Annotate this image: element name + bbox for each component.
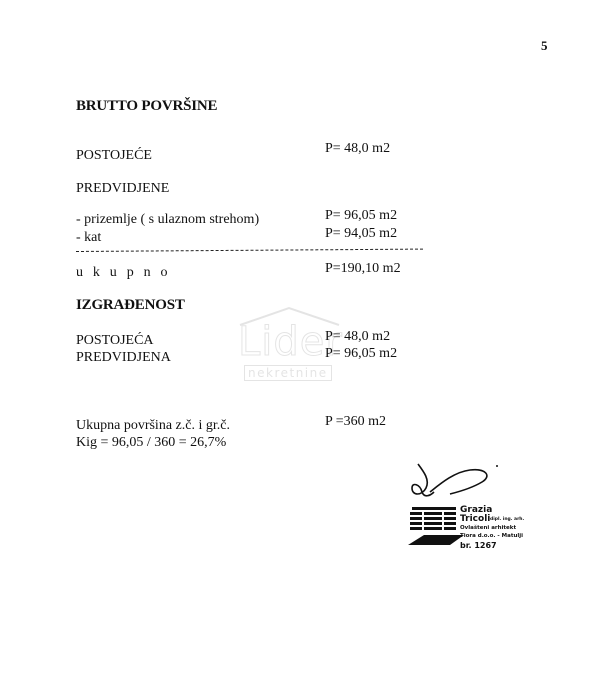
- postojece-label: POSTOJEĆE: [76, 148, 152, 164]
- stamp-role: Ovlašteni arhitekt: [460, 525, 516, 531]
- page-number: 5: [541, 38, 548, 54]
- kat-label: - kat: [76, 230, 101, 246]
- brutto-heading: BRUTTO POVRŠINE: [76, 98, 217, 115]
- prizemlje-label: - prizemlje ( s ulaznom strehom): [76, 212, 259, 228]
- kat-value: P= 94,05 m2: [325, 226, 397, 242]
- stamp-title: dipl. ing. arh.: [490, 517, 524, 522]
- prizemlje-value: P= 96,05 m2: [325, 208, 397, 224]
- sum-divider: [76, 249, 423, 252]
- predvidjena-label: PREDVIDJENA: [76, 350, 171, 366]
- total-area-value: P =360 m2: [325, 414, 386, 430]
- ukupno-label: u k u p n o: [76, 265, 171, 281]
- ukupno-value: P=190,10 m2: [325, 261, 401, 277]
- postojeca-label: POSTOJEĆA: [76, 333, 154, 349]
- stamp-name-line2: Tricoli: [460, 514, 490, 524]
- architect-stamp-logo-icon: [408, 505, 466, 549]
- postojeca-value: P= 48,0 m2: [325, 329, 390, 345]
- watermark-sub: nekretnine: [244, 365, 332, 381]
- predvidjene-label: PREDVIDJENE: [76, 181, 169, 197]
- total-area-label: Ukupna površina z.č. i gr.č.: [76, 418, 230, 434]
- signature-icon: [400, 458, 520, 508]
- postojece-value: P= 48,0 m2: [325, 141, 390, 157]
- kig-formula: Kig = 96,05 / 360 = 26,7%: [76, 435, 226, 451]
- stamp-company: Tiora d.o.o. - Matulji: [460, 533, 523, 539]
- stamp-number: br. 1267: [460, 541, 497, 550]
- izgradenost-heading: IZGRAĐENOST: [76, 297, 185, 314]
- predvidjena-value: P= 96,05 m2: [325, 346, 397, 362]
